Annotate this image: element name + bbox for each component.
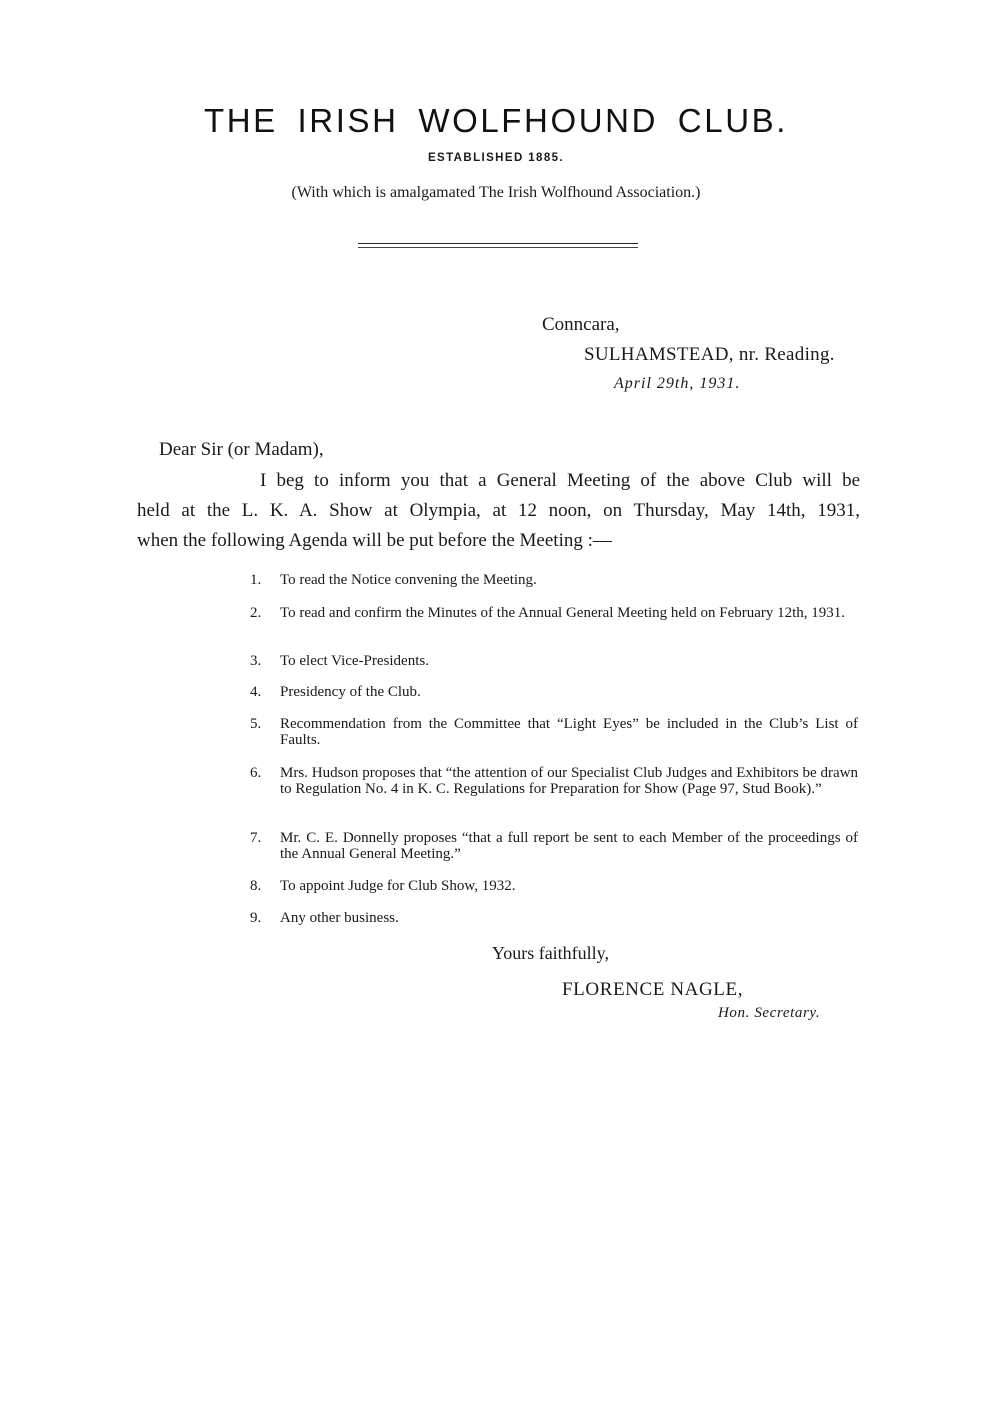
body-line-1: I beg to inform you that a General Meeti… (260, 470, 860, 492)
salutation: Dear Sir (or Madam), (159, 439, 324, 461)
agenda-number: 4. (250, 684, 261, 700)
letter-date: April 29th, 1931. (614, 375, 740, 393)
agenda-number: 5. (250, 716, 261, 732)
signatory-role: Hon. Secretary. (718, 1005, 820, 1022)
agenda-text: Presidency of the Club. (280, 684, 858, 700)
agenda-number: 1. (250, 572, 261, 588)
agenda-text: Any other business. (280, 910, 858, 926)
letterhead-divider (358, 243, 638, 248)
club-title: THE IRISH WOLFHOUND CLUB. (0, 102, 992, 140)
agenda-number: 7. (250, 830, 261, 846)
agenda-text: To appoint Judge for Club Show, 1932. (280, 878, 858, 894)
amalgamation-note: (With which is amalgamated The Irish Wol… (0, 184, 992, 202)
agenda-number: 3. (250, 653, 261, 669)
address-house: Conncara, (542, 314, 620, 336)
agenda-number: 9. (250, 910, 261, 926)
agenda-number: 2. (250, 605, 261, 621)
agenda-text: To elect Vice-Presidents. (280, 653, 858, 669)
agenda-text: To read the Notice convening the Meeting… (280, 572, 858, 588)
agenda-text: To read and confirm the Minutes of the A… (280, 605, 858, 621)
agenda-number: 6. (250, 765, 261, 781)
agenda-text: Recommendation from the Committee that “… (280, 716, 858, 748)
signatory-name: FLORENCE NAGLE, (562, 979, 743, 1001)
agenda-text: Mrs. Hudson proposes that “the attention… (280, 765, 858, 797)
established-line: ESTABLISHED 1885. (0, 152, 992, 164)
closing-phrase: Yours faithfully, (492, 943, 609, 964)
body-line-2: held at the L. K. A. Show at Olympia, at… (137, 500, 860, 522)
agenda-number: 8. (250, 878, 261, 894)
address-town: SULHAMSTEAD, nr. Reading. (584, 344, 835, 366)
body-line-3: when the following Agenda will be put be… (137, 530, 612, 552)
agenda-text: Mr. C. E. Donnelly proposes “that a full… (280, 830, 858, 862)
